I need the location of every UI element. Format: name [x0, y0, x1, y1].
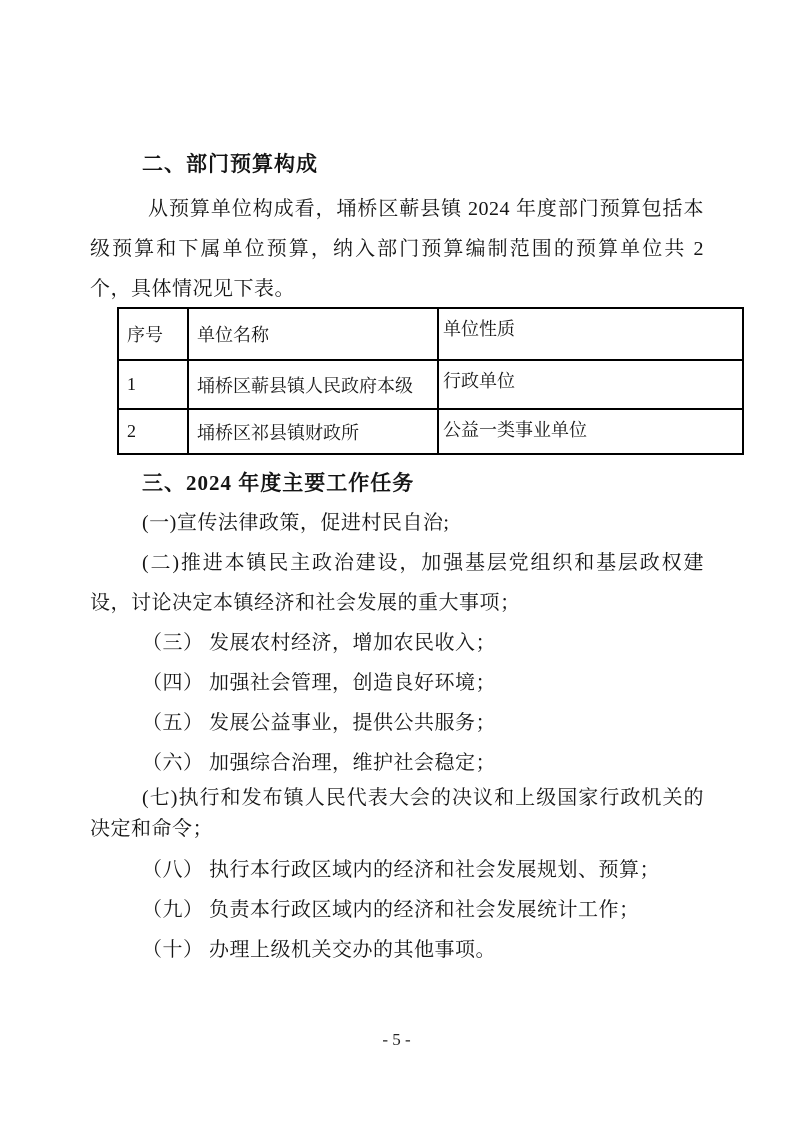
cell-seq: 2: [118, 409, 188, 454]
cell-unit-type: 行政单位: [438, 360, 743, 409]
task-item-3: （三） 发展农村经济，增加农民收入；: [90, 623, 704, 663]
task-item-2: (二)推进本镇民主政治建设，加强基层党组织和基层政权建设，讨论决定本镇经济和社会…: [90, 543, 704, 623]
task-item-8: （八） 执行本行政区域内的经济和社会发展规划、预算；: [90, 850, 704, 890]
header-cell-unit-name: 单位名称: [188, 308, 438, 360]
cell-unit-name: 埇桥区祁县镇财政所: [188, 409, 438, 454]
task-item-7: (七)执行和发布镇人民代表大会的决议和上级国家行政机关的决定和命令；: [90, 783, 704, 845]
task-item-10: （十） 办理上级机关交办的其他事项。: [90, 930, 704, 970]
budget-units-table: 序号 单位名称 单位性质 1 埇桥区蕲县镇人民政府本级 行政单位 2 埇桥区祁县…: [117, 307, 744, 455]
table-header-row: 序号 单位名称 单位性质: [118, 308, 743, 360]
cell-seq: 1: [118, 360, 188, 409]
table-row: 1 埇桥区蕲县镇人民政府本级 行政单位: [118, 360, 743, 409]
budget-composition-paragraph: 从预算单位构成看，埇桥区蕲县镇 2024 年度部门预算包括本级预算和下属单位预算…: [90, 189, 704, 309]
task-item-1: (一)宣传法律政策，促进村民自治;: [90, 503, 704, 543]
table-row: 2 埇桥区祁县镇财政所 公益一类事业单位: [118, 409, 743, 454]
task-item-5: （五） 发展公益事业，提供公共服务；: [90, 703, 704, 743]
task-list: (一)宣传法律政策，促进村民自治; (二)推进本镇民主政治建设，加强基层党组织和…: [90, 503, 704, 970]
section-budget-heading: 二、部门预算构成: [90, 144, 704, 184]
section-tasks-heading: 三、2024 年度主要工作任务: [90, 463, 704, 503]
cell-unit-name: 埇桥区蕲县镇人民政府本级: [188, 360, 438, 409]
task-item-4: （四） 加强社会管理，创造良好环境；: [90, 663, 704, 703]
cell-unit-type: 公益一类事业单位: [438, 409, 743, 454]
page-number: - 5 -: [0, 1030, 793, 1050]
header-cell-unit-type: 单位性质: [438, 308, 743, 360]
task-item-9: （九） 负责本行政区域内的经济和社会发展统计工作；: [90, 890, 704, 930]
document-page: 二、部门预算构成 从预算单位构成看，埇桥区蕲县镇 2024 年度部门预算包括本级…: [0, 0, 793, 1122]
page-content: 二、部门预算构成 从预算单位构成看，埇桥区蕲县镇 2024 年度部门预算包括本级…: [90, 0, 704, 970]
task-item-6: （六） 加强综合治理，维护社会稳定；: [90, 743, 704, 783]
header-cell-seq: 序号: [118, 308, 188, 360]
